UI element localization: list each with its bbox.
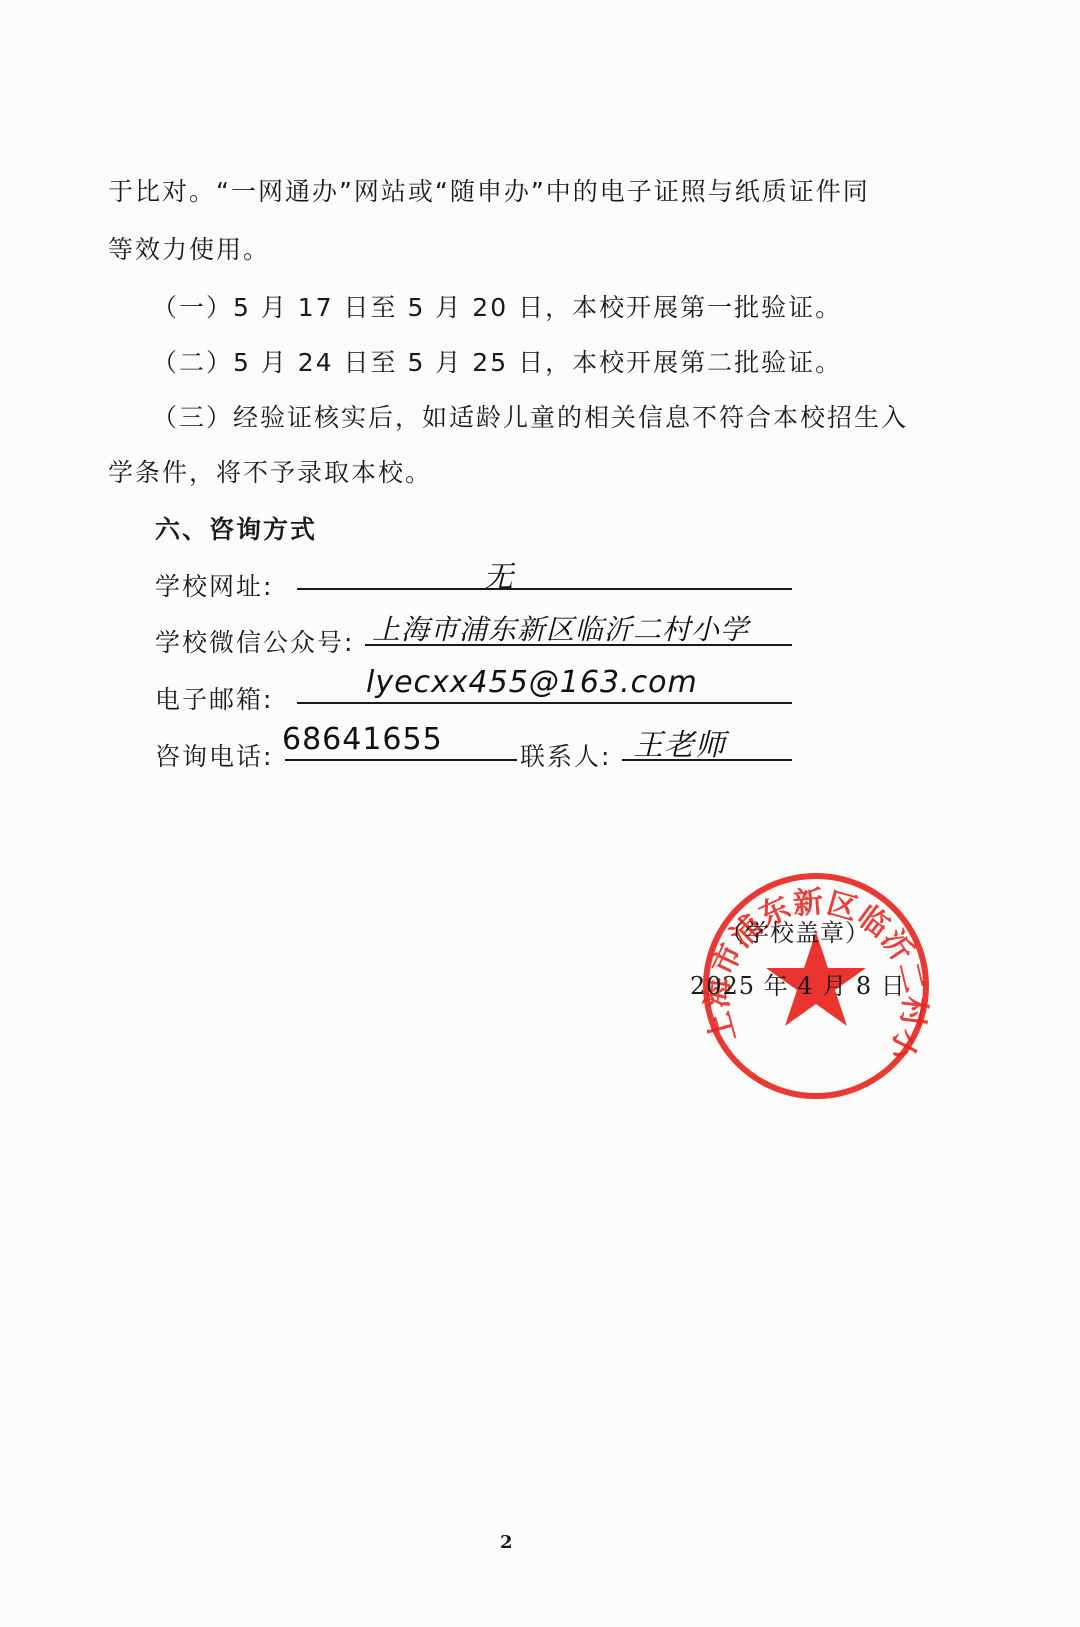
phone-label: 咨询电话:: [155, 737, 273, 773]
email-value: lyecxx455@163.com: [366, 665, 698, 700]
website-label: 学校网址:: [155, 567, 273, 603]
wechat-value: 上海市浦东新区临沂二村小学: [372, 608, 749, 648]
contact-person-label: 联系人:: [520, 737, 611, 773]
paragraph-item-2: （二）5 月 24 日至 5 月 25 日，本校开展第二批验证。: [152, 343, 842, 379]
website-field-line: [297, 554, 792, 590]
paragraph-line-2: 等效力使用。: [108, 230, 270, 266]
stamp-caption: （学校盖章）: [720, 913, 870, 948]
document-page: 于比对。“一网通办”网站或“随申办”中的电子证照与纸质证件同 等效力使用。 （一…: [0, 0, 1080, 1627]
phone-value: 68641655: [282, 722, 443, 757]
paragraph-item-3: （三）经验证核实后，如适龄儿童的相关信息不符合本校招生入: [152, 398, 908, 434]
page-number: 2: [500, 1532, 513, 1553]
website-value: 无: [483, 552, 514, 596]
contact-person-value: 王老师: [633, 720, 726, 764]
wechat-label: 学校微信公众号:: [155, 623, 354, 659]
paragraph-line-6: 学条件，将不予录取本校。: [108, 453, 432, 489]
paragraph-line-1: 于比对。“一网通办”网站或“随申办”中的电子证照与纸质证件同: [108, 172, 870, 208]
stamp-date: 2025 年 4 月 8 日: [690, 966, 906, 1001]
paragraph-item-1: （一）5 月 17 日至 5 月 20 日，本校开展第一批验证。: [152, 288, 842, 324]
email-label: 电子邮箱:: [155, 680, 273, 716]
section-heading: 六、咨询方式: [155, 510, 317, 546]
